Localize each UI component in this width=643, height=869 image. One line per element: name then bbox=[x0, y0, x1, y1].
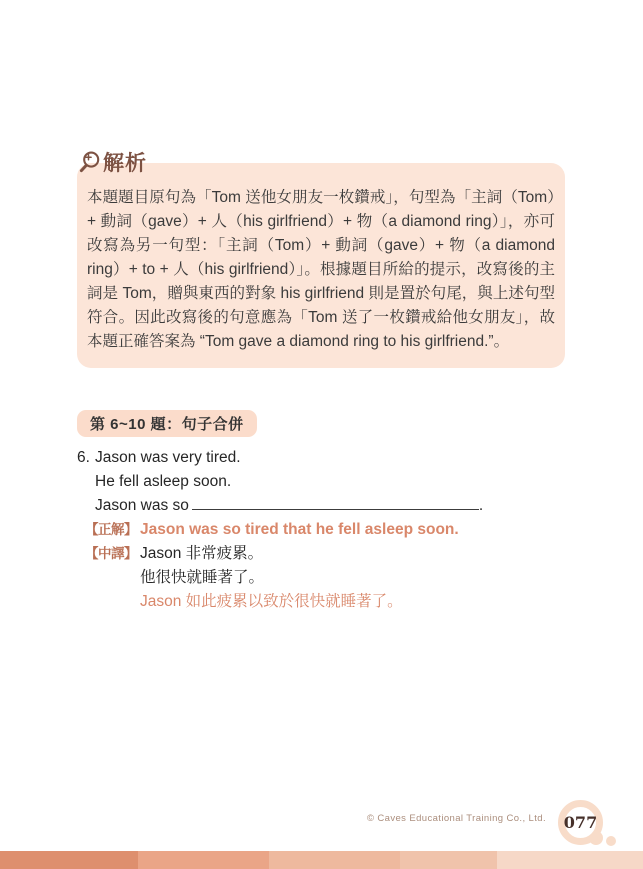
section-badge-label: 第 6~10 題：句子合併 bbox=[90, 413, 244, 434]
bar-segment bbox=[138, 851, 269, 869]
copyright-text: © Caves Educational Training Co., Ltd. bbox=[0, 813, 546, 824]
question-stem-row: Jason was so . bbox=[77, 494, 582, 518]
question-sentence-row: 6. Jason was very tired. bbox=[77, 446, 582, 470]
question-sentence: He fell asleep soon. bbox=[95, 470, 231, 494]
translation-text: Jason 如此疲累以致於很快就睡著了。 bbox=[140, 590, 403, 614]
bottom-bar bbox=[0, 851, 643, 869]
magnifier-page-badge: 077 bbox=[558, 800, 603, 845]
question-sentence-row: He fell asleep soon. bbox=[77, 470, 582, 494]
bar-segment bbox=[269, 851, 400, 869]
stem-suffix: . bbox=[479, 494, 483, 518]
analysis-header: 解析 bbox=[78, 147, 147, 177]
analysis-title: 解析 bbox=[103, 147, 147, 177]
answer-blank bbox=[192, 495, 479, 510]
answer-label: 【正解】 bbox=[85, 518, 140, 542]
textbook-page: 解析 本題題目原句為「Tom 送他女朋友一枚鑽戒」，句型為「主詞（Tom）+ 動… bbox=[0, 0, 643, 869]
answer-row: 【正解】 Jason was so tired that he fell asl… bbox=[77, 518, 582, 542]
section-badge: 第 6~10 題：句子合併 bbox=[77, 410, 257, 437]
stem-prefix: Jason was so bbox=[95, 494, 189, 518]
bar-segment bbox=[497, 851, 643, 869]
translation-text: Jason 非常疲累。 bbox=[140, 542, 263, 566]
analysis-box: 本題題目原句為「Tom 送他女朋友一枚鑽戒」，句型為「主詞（Tom）+ 動詞（g… bbox=[77, 163, 565, 368]
bar-segment bbox=[400, 851, 497, 869]
translation-row: 【中譯】 Jason 非常疲累。 bbox=[77, 542, 582, 566]
page-number: 077 bbox=[564, 813, 597, 832]
bar-segment bbox=[0, 851, 138, 869]
translation-text: 他很快就睡著了。 bbox=[140, 566, 264, 590]
question-number: 6. bbox=[77, 446, 95, 470]
translation-label: 【中譯】 bbox=[85, 542, 140, 566]
translation-row: 他很快就睡著了。 bbox=[77, 566, 582, 590]
question-6: 6. Jason was very tired. He fell asleep … bbox=[77, 446, 582, 614]
answer-text: Jason was so tired that he fell asleep s… bbox=[140, 518, 459, 542]
magnifier-plus-icon bbox=[78, 150, 102, 174]
magnifier-handle-dot bbox=[606, 836, 616, 846]
question-sentence: Jason was very tired. bbox=[95, 446, 241, 470]
translation-row: Jason 如此疲累以致於很快就睡著了。 bbox=[77, 590, 582, 614]
analysis-body-text: 本題題目原句為「Tom 送他女朋友一枚鑽戒」，句型為「主詞（Tom）+ 動詞（g… bbox=[87, 189, 555, 350]
